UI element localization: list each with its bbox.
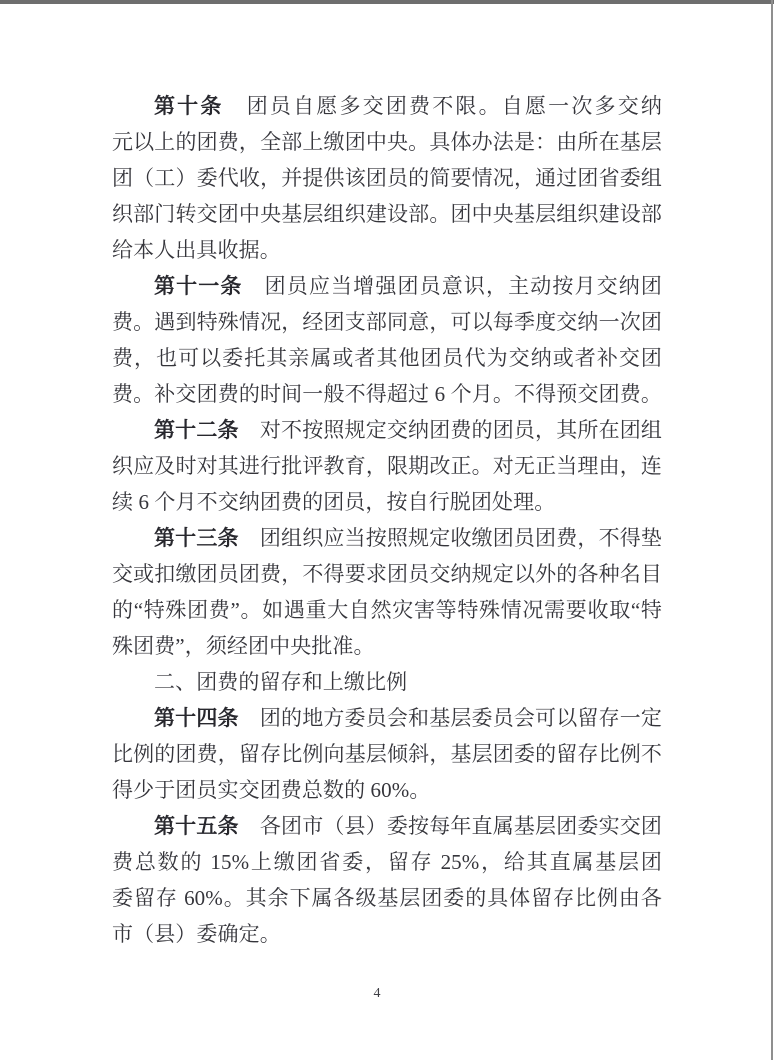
text-line: 得少于团员实交团费总数的 60%。 bbox=[112, 772, 662, 808]
text-line-body: 续 6 个月不交纳团费的团员，按自行脱团处理。 bbox=[112, 490, 555, 514]
text-line: 交或扣缴团员团费，不得要求团员交纳规定以外的各种名目 bbox=[112, 556, 662, 592]
text-line-body: 团（工）委代收，并提供该团员的简要情况，通过团省委组 bbox=[112, 166, 662, 190]
article-number: 第十一条 bbox=[154, 274, 243, 298]
text-line: 费总数的 15%上缴团省委，留存 25%，给其直属基层团（工） bbox=[112, 844, 662, 880]
text-line: 第十三条 团组织应当按照规定收缴团员团费，不得垫 bbox=[112, 520, 662, 556]
page-number: 4 bbox=[0, 984, 754, 1004]
text-line: 第十四条 团的地方委员会和基层委员会可以留存一定 bbox=[112, 700, 662, 736]
article-number: 第十三条 bbox=[154, 526, 239, 550]
text-line: 第十条 团员自愿多交团费不限。自愿一次多交纳 1000 bbox=[112, 88, 662, 124]
text-line-body: 费。补交团费的时间一般不得超过 6 个月。不得预交团费。 bbox=[112, 382, 662, 406]
text-line: 的“特殊团费”。如遇重大自然灾害等特殊情况需要收取“特 bbox=[112, 592, 662, 628]
article-number: 第十五条 bbox=[154, 814, 239, 838]
text-line: 费。遇到特殊情况，经团支部同意，可以每季度交纳一次团 bbox=[112, 304, 662, 340]
text-line-body: 团的地方委员会和基层委员会可以留存一定 bbox=[239, 706, 662, 730]
text-line-body: 费总数的 15%上缴团省委，留存 25%，给其直属基层团（工） bbox=[112, 850, 662, 880]
article-number: 第十四条 bbox=[154, 706, 239, 730]
text-line: 委留存 60%。其余下属各级基层团委的具体留存比例由各团 bbox=[112, 880, 662, 916]
text-line: 殊团费”，须经团中央批准。 bbox=[112, 628, 662, 664]
text-line: 元以上的团费，全部上缴团中央。具体办法是：由所在基层 bbox=[112, 124, 662, 160]
text-line-body: 团组织应当按照规定收缴团员团费，不得垫 bbox=[239, 526, 662, 550]
article-number: 第十二条 bbox=[154, 418, 239, 442]
text-line-body: 市（县）委确定。 bbox=[112, 922, 281, 946]
text-line: 织部门转交团中央基层组织建设部。团中央基层组织建设部 bbox=[112, 196, 662, 232]
scan-top-edge bbox=[0, 0, 774, 4]
document-page: 第十条 团员自愿多交团费不限。自愿一次多交纳 1000 元以上的团费，全部上缴团… bbox=[112, 88, 662, 952]
article-number: 第十条 bbox=[154, 94, 224, 118]
text-line-body: 交或扣缴团员团费，不得要求团员交纳规定以外的各种名目 bbox=[112, 562, 662, 586]
text-line: 比例的团费，留存比例向基层倾斜，基层团委的留存比例不 bbox=[112, 736, 662, 772]
text-line: 费。补交团费的时间一般不得超过 6 个月。不得预交团费。 bbox=[112, 376, 662, 412]
text-line-body: 织应及时对其进行批评教育，限期改正。对无正当理由，连 bbox=[112, 454, 662, 478]
text-line: 团（工）委代收，并提供该团员的简要情况，通过团省委组 bbox=[112, 160, 662, 196]
text-line-body: 织部门转交团中央基层组织建设部。团中央基层组织建设部 bbox=[112, 202, 662, 226]
text-line-body: 委留存 60%。其余下属各级基层团委的具体留存比例由各团 bbox=[112, 886, 662, 916]
text-line: 第十二条 对不按照规定交纳团费的团员，其所在团组 bbox=[112, 412, 662, 448]
text-line-body: 比例的团费，留存比例向基层倾斜，基层团委的留存比例不 bbox=[112, 742, 662, 766]
text-line: 第十五条 各团市（县）委按每年直属基层团委实交团 bbox=[112, 808, 662, 844]
text-line: 第十一条 团员应当增强团员意识，主动按月交纳团 bbox=[112, 268, 662, 304]
text-line-body: 元以上的团费，全部上缴团中央。具体办法是：由所在基层 bbox=[112, 130, 662, 154]
text-line-body: 殊团费”，须经团中央批准。 bbox=[112, 634, 375, 658]
text-line-body: 得少于团员实交团费总数的 60%。 bbox=[112, 778, 430, 802]
text-line-body: 的“特殊团费”。如遇重大自然灾害等特殊情况需要收取“特 bbox=[112, 598, 662, 622]
text-line-body: 对不按照规定交纳团费的团员，其所在团组 bbox=[239, 418, 662, 442]
text-line-body: 团员应当增强团员意识，主动按月交纳团 bbox=[243, 274, 662, 298]
text-line: 市（县）委确定。 bbox=[112, 916, 662, 952]
text-line: 费，也可以委托其亲属或者其他团员代为交纳或者补交团 bbox=[112, 340, 662, 376]
text-line: 续 6 个月不交纳团费的团员，按自行脱团处理。 bbox=[112, 484, 662, 520]
scan-right-edge bbox=[771, 0, 773, 1060]
text-line: 给本人出具收据。 bbox=[112, 232, 662, 268]
text-line-body: 各团市（县）委按每年直属基层团委实交团 bbox=[239, 814, 662, 838]
text-line-body: 费。遇到特殊情况，经团支部同意，可以每季度交纳一次团 bbox=[112, 310, 662, 334]
section-heading-text: 二、团费的留存和上缴比例 bbox=[154, 670, 407, 694]
section-heading: 二、团费的留存和上缴比例 bbox=[112, 664, 662, 700]
text-line-body: 费，也可以委托其亲属或者其他团员代为交纳或者补交团 bbox=[112, 346, 662, 370]
text-line: 织应及时对其进行批评教育，限期改正。对无正当理由，连 bbox=[112, 448, 662, 484]
text-line-body: 给本人出具收据。 bbox=[112, 238, 281, 262]
